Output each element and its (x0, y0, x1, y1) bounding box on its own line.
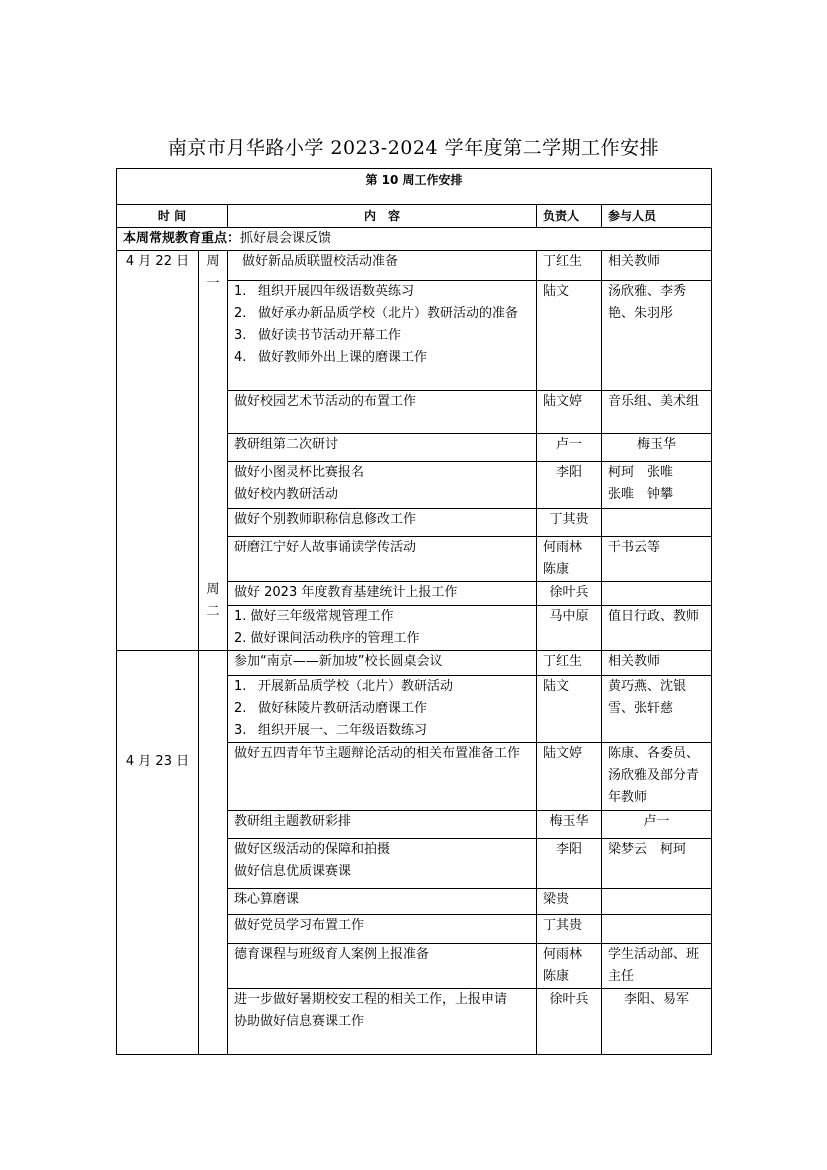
document-title: 南京市月华路小学 2023-2024 学年度第二学期工作安排 (0, 133, 827, 160)
task-content: 参加“南京——新加坡”校长圆桌会议 (228, 651, 537, 676)
task-participants: 学生活动部、班主任 (602, 944, 712, 989)
task-participants (602, 889, 712, 915)
task-list: 1.开展新品质学校（北片）教研活动 2.做好秣陵片教研活动磨课工作 3.组织开展… (234, 676, 530, 742)
task-content: 做好党员学习布置工作 (228, 915, 537, 944)
task-participants: 陈康、各委员、汤欣雅及部分青年教师 (602, 743, 712, 811)
weekday-cell: 周二 (199, 651, 228, 1055)
task-owner: 卢一 (537, 434, 602, 462)
weekly-focus: 本周常规教育重点：抓好晨会课反馈 (117, 228, 712, 251)
weekly-focus-text: 抓好晨会课反馈 (240, 231, 331, 246)
task-participants: 相关教师 (602, 651, 712, 676)
task-content: 教研组主题教研彩排 (228, 811, 537, 839)
task-owner: 丁其贵 (537, 509, 602, 537)
task-content: 做好区级活动的保障和拍摄做好信息优质课赛课 (228, 839, 537, 889)
task-participants: 李阳、易军 (602, 989, 712, 1055)
task-content: 珠心算磨课 (228, 889, 537, 915)
week-title-row: 第 10 周工作安排 (117, 169, 712, 205)
table-row: 4 月 22 日 周一 做好新品质联盟校活动准备 丁红生 相关教师 (117, 251, 712, 281)
task-participants (602, 915, 712, 944)
col-header-participants: 参与人员 (602, 205, 712, 228)
task-participants: 黄巧燕、沈银雪、张轩慈 (602, 676, 712, 743)
task-owner: 陆文 (537, 676, 602, 743)
task-content: 做好个别教师职称信息修改工作 (228, 509, 537, 537)
task-owner: 陆文婷 (537, 391, 602, 434)
task-participants: 干书云等 (602, 537, 712, 582)
task-owner: 丁红生 (537, 251, 602, 281)
task-owner: 徐叶兵 (537, 582, 602, 606)
task-owner: 何雨林陈康 (537, 944, 602, 989)
task-owner: 何雨林陈康 (537, 537, 602, 582)
task-content: 1.开展新品质学校（北片）教研活动 2.做好秣陵片教研活动磨课工作 3.组织开展… (228, 676, 537, 743)
task-content: 做好五四青年节主题辩论活动的相关布置准备工作 (228, 743, 537, 811)
col-header-time: 时 间 (117, 205, 228, 228)
weekly-focus-row: 本周常规教育重点：抓好晨会课反馈 (117, 228, 712, 251)
task-content: 做好小图灵杯比赛报名做好校内教研活动 (228, 462, 537, 509)
task-participants: 汤欣雅、李秀艳、朱羽彤 (602, 281, 712, 391)
task-owner: 马中原 (537, 606, 602, 651)
task-owner: 陆文婷 (537, 743, 602, 811)
col-header-owner: 负责人 (537, 205, 602, 228)
task-content: 做好新品质联盟校活动准备 (228, 251, 537, 281)
table-row: 4 月 23 日 周二 参加“南京——新加坡”校长圆桌会议 丁红生 相关教师 (117, 651, 712, 676)
weekly-focus-label: 本周常规教育重点： (123, 231, 240, 246)
week-title: 第 10 周工作安排 (117, 169, 712, 205)
task-owner: 徐叶兵 (537, 989, 602, 1055)
task-content: 进一步做好暑期校安工程的相关工作，上报申请协助做好信息赛课工作 (228, 989, 537, 1055)
task-content: 教研组第二次研讨 (228, 434, 537, 462)
task-owner: 丁其贵 (537, 915, 602, 944)
task-participants (602, 509, 712, 537)
task-owner: 陆文 (537, 281, 602, 391)
task-content: 德育课程与班级育人案例上报准备 (228, 944, 537, 989)
task-participants (602, 582, 712, 606)
task-owner: 李阳 (537, 839, 602, 889)
task-content: 做好校园艺术节活动的布置工作 (228, 391, 537, 434)
task-owner: 梅玉华 (537, 811, 602, 839)
date-cell: 4 月 23 日 (117, 651, 199, 1055)
task-content: 研磨江宁好人故事诵读学传活动 (228, 537, 537, 582)
date-cell: 4 月 22 日 (117, 251, 199, 651)
task-content: 1.组织开展四年级语数英练习 2.做好承办新品质学校（北片）教研活动的准备 3.… (228, 281, 537, 391)
column-header-row: 时 间 内 容 负责人 参与人员 (117, 205, 712, 228)
task-content: 做好 2023 年度教育基建统计上报工作 (228, 582, 537, 606)
task-participants: 梁梦云 柯珂 (602, 839, 712, 889)
task-participants: 梅玉华 (602, 434, 712, 462)
col-header-content: 内 容 (228, 205, 537, 228)
task-owner: 李阳 (537, 462, 602, 509)
task-list: 1.组织开展四年级语数英练习 2.做好承办新品质学校（北片）教研活动的准备 3.… (234, 281, 530, 369)
task-participants: 相关教师 (602, 251, 712, 281)
task-participants: 卢一 (602, 811, 712, 839)
task-content: 1. 做好三年级常规管理工作2. 做好课间活动秩序的管理工作 (228, 606, 537, 651)
task-owner: 丁红生 (537, 651, 602, 676)
task-owner: 梁贵 (537, 889, 602, 915)
task-participants: 柯珂 张唯张唯 钟攀 (602, 462, 712, 509)
task-participants: 音乐组、美术组 (602, 391, 712, 434)
schedule-table: 第 10 周工作安排 时 间 内 容 负责人 参与人员 本周常规教育重点：抓好晨… (116, 168, 712, 1055)
task-participants: 值日行政、教师 (602, 606, 712, 651)
